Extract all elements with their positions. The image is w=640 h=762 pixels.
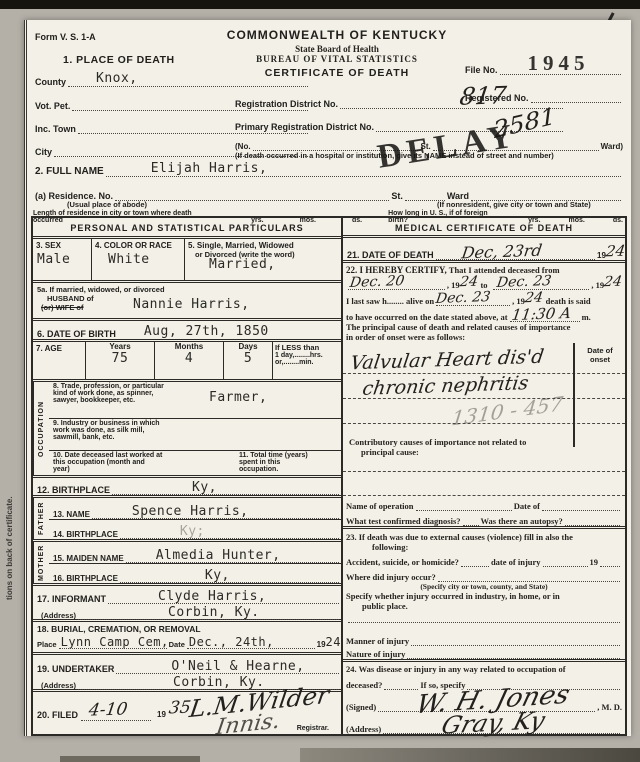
filed-block: 20. FILED 4-10 19 35 L.M.Wilder Registra… bbox=[33, 692, 341, 734]
informant-line: Clyde Harris, bbox=[108, 593, 339, 604]
deceased-label: deceased? bbox=[346, 680, 382, 690]
father-name-label: 13. NAME bbox=[49, 510, 90, 519]
dod-year-value: 24 bbox=[605, 241, 627, 260]
registrar-label: Registrar. bbox=[297, 725, 329, 732]
birthplace-line: Ky, bbox=[112, 484, 339, 495]
date-of-onset-box: Date of onset bbox=[573, 343, 625, 447]
scan-edge-top bbox=[0, 0, 640, 9]
lastsaw-pre-text: I last saw h........ alive on bbox=[346, 296, 434, 306]
age-less-label-1: If LESS than bbox=[275, 343, 339, 352]
county-label: County bbox=[35, 77, 66, 87]
father-name-row: 13. NAME Spence Harris, bbox=[49, 498, 341, 520]
attended-to-line: Dec. 23 bbox=[493, 279, 590, 290]
informant-value: Clyde Harris, bbox=[158, 589, 266, 604]
mother-birthplace-label: 16. BIRTHPLACE bbox=[49, 574, 118, 583]
accident-line bbox=[461, 556, 489, 567]
county-row: County Knox, bbox=[35, 76, 310, 87]
informant-block: 17. INFORMANT Clyde Harris, (Address) Co… bbox=[33, 586, 341, 622]
informant-label: 17. INFORMANT bbox=[33, 594, 106, 604]
mother-name-value: Almedia Hunter, bbox=[156, 548, 281, 563]
date-injury-line bbox=[543, 556, 588, 567]
occ9-label-1: 9. Industry or business in which bbox=[53, 420, 341, 427]
age-label-cell: 7. AGE bbox=[33, 342, 85, 379]
board-subtitle: State Board of Health bbox=[187, 44, 487, 54]
margin-note: tions on back of certificate. bbox=[5, 496, 14, 600]
occ10-label-3: year) bbox=[53, 466, 237, 473]
file-no-line: 1945 bbox=[500, 64, 621, 75]
onset-label-2: onset bbox=[575, 355, 625, 364]
mother-birthplace-line: Ky, bbox=[120, 572, 339, 583]
occ10-label-2: this occupation (month and bbox=[53, 459, 237, 466]
occurred-text: to have occurred on the date stated abov… bbox=[346, 312, 508, 322]
marital-value: Married, bbox=[209, 257, 276, 272]
certify-block: 22. I HEREBY CERTIFY, That I attended de… bbox=[343, 263, 625, 344]
death-certificate-paper: tions on back of certificate. Form V. S.… bbox=[24, 20, 631, 736]
nature-of-injury-row: Nature of injury bbox=[343, 646, 625, 662]
occ8-label-3: sawyer, bookkeeper, etc. bbox=[53, 397, 341, 404]
burial-year-prefix: 19 bbox=[317, 640, 326, 649]
occupation-industry-row: 9. Industry or business in which work wa… bbox=[49, 419, 341, 451]
age-months-value: 4 bbox=[155, 351, 223, 366]
specify-text-2: public place. bbox=[346, 601, 622, 611]
time-line: 11:30 A bbox=[510, 311, 580, 322]
occ8-label-2: kind of work done, as spinner, bbox=[53, 390, 341, 397]
commonwealth-title: COMMONWEALTH OF KENTUCKY bbox=[187, 28, 487, 42]
external-causes-block: 23. If death was due to external causes … bbox=[343, 529, 625, 629]
cause-value-2: chronic nephritis bbox=[361, 372, 530, 400]
dob-value: Aug, 27th, 1850 bbox=[144, 324, 269, 339]
spouse-row: 5a. If married, widowed, or divorced HUS… bbox=[33, 283, 341, 321]
form-number: Form V. S. 1-A bbox=[35, 32, 96, 42]
mother-vertical-label: MOTHER bbox=[33, 542, 49, 583]
informant-address-label: (Address) bbox=[33, 611, 76, 620]
father-name-value: Spence Harris, bbox=[132, 504, 249, 519]
undertaker-value: O'Neil & Hearne, bbox=[171, 659, 304, 674]
undertaker-label: 19. UNDERTAKER bbox=[33, 664, 114, 674]
occupation-block: OCCUPATION 8. Trade, profession, or part… bbox=[33, 382, 341, 478]
manner-label: Manner of injury bbox=[346, 636, 409, 646]
manner-of-injury-row: Manner of injury bbox=[343, 629, 625, 645]
scan-artifact-bottom-right bbox=[300, 748, 640, 762]
medical-column: MEDICAL CERTIFICATE OF DEATH 21. DATE OF… bbox=[343, 218, 625, 734]
sex-cell: 3. SEX Male bbox=[33, 239, 92, 280]
occ10-label-1: 10. Date deceased last worked at bbox=[53, 452, 237, 459]
county-line: Knox, bbox=[68, 76, 308, 87]
occupation-vertical-label: OCCUPATION bbox=[33, 382, 49, 475]
q24-text: 24. Was disease or injury in any way rel… bbox=[346, 664, 622, 674]
dob-label: 6. DATE OF BIRTH bbox=[33, 329, 116, 339]
occ8-value: Farmer, bbox=[209, 390, 267, 405]
autopsy-row: What test confirmed diagnosis? Was there… bbox=[343, 511, 625, 529]
father-name-line: Spence Harris, bbox=[92, 508, 339, 519]
age-less-cell: If LESS than 1 day,........hrs. or,.....… bbox=[272, 342, 341, 379]
occupation-trade-row: 8. Trade, profession, or particular kind… bbox=[49, 382, 341, 419]
operation-label: Name of operation bbox=[346, 501, 414, 511]
residence-sub-note: (Usual place of abode) bbox=[67, 200, 147, 209]
burial-label: 18. BURIAL, CREMATION, OR REMOVAL bbox=[33, 622, 341, 634]
undertaker-line: O'Neil & Hearne, bbox=[116, 663, 339, 674]
header-title-block: COMMONWEALTH OF KENTUCKY State Board of … bbox=[187, 28, 487, 79]
age-less-label-3: or,........min. bbox=[275, 359, 339, 366]
mother-birthplace-value: Ky, bbox=[205, 568, 230, 583]
test-label: What test confirmed diagnosis? bbox=[346, 516, 461, 526]
age-less-label-2: 1 day,........hrs. bbox=[275, 352, 339, 359]
mother-name-label: 15. MAIDEN NAME bbox=[49, 554, 124, 563]
nature-line bbox=[407, 648, 620, 659]
filed-date-value: 4-10 bbox=[87, 699, 128, 720]
from-year-value: 24 bbox=[458, 273, 478, 290]
accident-label: Accident, suicide, or homicide? bbox=[346, 557, 459, 567]
operation-date-line bbox=[542, 500, 620, 511]
color-race-label: 4. COLOR OR RACE bbox=[92, 239, 184, 250]
informant-address-line: Corbin, Ky. bbox=[78, 609, 339, 620]
specify-text-1: Specify whether injury occurred in indus… bbox=[346, 591, 622, 601]
to-year-value: 24 bbox=[603, 273, 623, 290]
spouse-value: Nannie Harris, bbox=[133, 297, 250, 312]
autopsy-line bbox=[565, 515, 620, 526]
lastsaw-year-value: 24 bbox=[524, 289, 544, 306]
operation-line bbox=[416, 500, 512, 511]
autopsy-label: Was there an autopsy? bbox=[481, 516, 563, 526]
age-years-value: 75 bbox=[86, 351, 154, 366]
attended-from-date: Dec. 20 bbox=[349, 273, 406, 291]
bureau-subtitle: BUREAU OF VITAL STATISTICS bbox=[187, 54, 487, 64]
signed-label: (Signed) bbox=[346, 702, 376, 712]
physician-address-value: Gray, Ky bbox=[439, 706, 549, 739]
occ11-label-1: 11. Total time (years) bbox=[239, 452, 339, 459]
where-sub-note: (Specify city or town, county, and State… bbox=[346, 582, 622, 591]
contributory-line-2 bbox=[343, 495, 625, 496]
primary-district-label: Primary Registration District No. bbox=[235, 122, 374, 132]
age-months-label: Months bbox=[155, 342, 223, 351]
occ11-cell: 11. Total time (years) spent in this occ… bbox=[237, 451, 341, 475]
nonresident-note: (If nonresident, give city or town and S… bbox=[437, 200, 591, 209]
occ9-label-2: work was done, as silk mill, bbox=[53, 427, 341, 434]
principal-cause-text-1: The principal cause of death and related… bbox=[346, 322, 622, 332]
specify-line bbox=[348, 612, 620, 623]
father-birthplace-label: 14. BIRTHPLACE bbox=[49, 530, 118, 539]
undertaker-address-value: Corbin, Ky. bbox=[173, 675, 265, 690]
occ10-cell: 10. Date deceased last worked at this oc… bbox=[49, 451, 237, 475]
birthplace-row: 12. BIRTHPLACE Ky, bbox=[33, 478, 341, 498]
fullname-line: Elijah Harris, bbox=[106, 166, 621, 177]
file-no-label: File No. bbox=[465, 65, 498, 75]
filed-year-prefix: 19 bbox=[157, 710, 166, 719]
principal-cause-text-2: in order of onset were as follows: bbox=[346, 332, 622, 342]
age-days-value: 5 bbox=[224, 351, 272, 366]
color-race-value: White bbox=[92, 250, 184, 267]
vot-pet-label: Vot. Pet. bbox=[35, 101, 70, 111]
age-years-cell: Years 75 bbox=[85, 342, 154, 379]
burial-place-value: Lynn Camp Cem, bbox=[61, 635, 169, 649]
sex-value: Male bbox=[33, 250, 91, 267]
age-label: 7. AGE bbox=[33, 342, 85, 353]
mother-name-row: 15. MAIDEN NAME Almedia Hunter, bbox=[49, 542, 341, 564]
burial-date-value: Dec., 24th, bbox=[189, 635, 274, 649]
contributory-text-2: principal cause: bbox=[361, 447, 419, 457]
birthplace-value: Ky, bbox=[192, 480, 217, 495]
marital-label-1: 5. Single, Married, Widowed bbox=[185, 239, 341, 250]
date-of-death-row: 21. DATE OF DEATH Dec, 23rd 19 24 bbox=[343, 238, 625, 262]
cause-of-death-block: Valvular Heart dis'd chronic nephritis 1… bbox=[343, 343, 625, 493]
mother-birthplace-row: 16. BIRTHPLACE Ky, bbox=[49, 564, 341, 583]
burial-date-label: Date bbox=[169, 640, 185, 649]
file-no-row: File No. 1945 bbox=[465, 64, 623, 75]
fullname-label: 2. FULL NAME bbox=[35, 166, 104, 177]
marital-cell: 5. Single, Married, Widowed or Divorced … bbox=[185, 239, 341, 280]
age-days-cell: Days 5 bbox=[223, 342, 272, 379]
sex-color-marital-row: 3. SEX Male 4. COLOR OR RACE White 5. Si… bbox=[33, 239, 341, 283]
where-line bbox=[438, 571, 620, 582]
address-label: (Address) bbox=[346, 724, 381, 734]
medical-title: MEDICAL CERTIFICATE OF DEATH bbox=[343, 218, 625, 238]
date-injury-label: date of injury bbox=[491, 557, 541, 567]
occ9-label-3: sawmill, bank, etc. bbox=[53, 434, 341, 441]
age-days-label: Days bbox=[224, 342, 272, 351]
dob-row: 6. DATE OF BIRTH Aug, 27th, 1850 bbox=[33, 321, 341, 342]
file-no-value: 1945 bbox=[528, 51, 590, 76]
scan-artifact-bottom-left bbox=[60, 756, 200, 762]
attended-to-date: Dec. 23 bbox=[495, 273, 552, 291]
lastsaw-line: Dec. 23 bbox=[436, 295, 510, 306]
where-label: Where did injury occur? bbox=[346, 572, 436, 582]
undertaker-address-label: (Address) bbox=[33, 681, 76, 690]
injury-year-line bbox=[600, 556, 620, 567]
date-of-death-value: Dec, 23rd bbox=[460, 240, 543, 262]
sex-label: 3. SEX bbox=[33, 239, 91, 250]
father-birthplace-value: Ky; bbox=[180, 524, 205, 539]
occupation-related-block: 24. Was disease or injury in any way rel… bbox=[343, 662, 625, 734]
registration-district-label: Registration District No. bbox=[235, 99, 338, 109]
no-label: (No. bbox=[235, 142, 251, 151]
fullname-row: 2. FULL NAME Elijah Harris, bbox=[35, 166, 623, 177]
occ8-label-1: 8. Trade, profession, or particular bbox=[53, 383, 341, 390]
ward-label: Ward) bbox=[601, 142, 623, 151]
attended-from-line: Dec. 20 bbox=[348, 279, 445, 290]
md-label: , M. D. bbox=[597, 702, 622, 712]
filed-label: 20. FILED bbox=[37, 710, 78, 720]
occ11-label-3: occupation. bbox=[239, 466, 339, 473]
contributory-text-1: Contributory causes of importance not re… bbox=[349, 437, 526, 447]
q23-text-1: 23. If death was due to external causes … bbox=[346, 532, 622, 542]
burial-place-line: Lynn Camp Cem, bbox=[59, 638, 167, 649]
burial-place-label: Place bbox=[33, 640, 57, 649]
personal-title: PERSONAL AND STATISTICAL PARTICULARS bbox=[33, 218, 341, 239]
injury-year-prefix: 19 bbox=[590, 557, 599, 567]
to-label: to bbox=[480, 280, 487, 290]
operation-date-label: Date of bbox=[514, 501, 540, 511]
manner-line bbox=[411, 635, 620, 646]
cause-value-1: Valvular Heart dis'd bbox=[349, 346, 545, 375]
age-row: 7. AGE Years 75 Months 4 Days 5 If LESS … bbox=[33, 342, 341, 382]
father-birthplace-line: Ky; bbox=[120, 528, 339, 539]
m-label: m. bbox=[582, 312, 591, 322]
birthplace-label: 12. BIRTHPLACE bbox=[33, 485, 110, 495]
registration-district-value: 817 bbox=[458, 81, 508, 111]
spouse-label-1: 5a. If married, widowed, or divorced bbox=[33, 283, 341, 294]
personal-column: PERSONAL AND STATISTICAL PARTICULARS 3. … bbox=[33, 218, 343, 734]
age-years-label: Years bbox=[86, 342, 154, 351]
date-of-death-label: 21. DATE OF DEATH bbox=[343, 250, 434, 260]
burial-date-line: Dec., 24th, bbox=[187, 638, 315, 649]
address-line: Gray, Ky bbox=[383, 723, 620, 734]
color-race-cell: 4. COLOR OR RACE White bbox=[92, 239, 185, 280]
mother-block: MOTHER 15. MAIDEN NAME Almedia Hunter, 1… bbox=[33, 542, 341, 586]
father-block: FATHER 13. NAME Spence Harris, 14. BIRTH… bbox=[33, 498, 341, 542]
father-vertical-label: FATHER bbox=[33, 498, 49, 539]
burial-year-value: 24 bbox=[326, 635, 341, 649]
residence-line bbox=[115, 190, 389, 201]
county-value: Knox, bbox=[96, 71, 138, 86]
informant-address-value: Corbin, Ky. bbox=[168, 605, 260, 620]
occ11-label-2: spent in this bbox=[239, 459, 339, 466]
place-of-death-title: 1. PLACE OF DEATH bbox=[63, 54, 175, 66]
city-label: City bbox=[35, 147, 52, 157]
deceased-line bbox=[384, 679, 418, 690]
onset-label-1: Date of bbox=[575, 346, 625, 355]
nature-label: Nature of injury bbox=[346, 649, 405, 659]
main-grid: PERSONAL AND STATISTICAL PARTICULARS 3. … bbox=[31, 216, 627, 736]
residence-st-label: St. bbox=[391, 191, 403, 201]
burial-block: 18. BURIAL, CREMATION, OR REMOVAL Place … bbox=[33, 622, 341, 655]
inc-town-label: Inc. Town bbox=[35, 124, 76, 134]
time-value: 11:30 A bbox=[510, 304, 572, 324]
registration-district-row: Registration District No. 817 bbox=[235, 98, 565, 109]
contributory-line-1 bbox=[343, 471, 625, 472]
mother-name-line: Almedia Hunter, bbox=[126, 552, 339, 563]
test-line bbox=[463, 515, 479, 526]
occupation-dates-row: 10. Date deceased last worked at this oc… bbox=[49, 451, 341, 475]
father-birthplace-row: 14. BIRTHPLACE Ky; bbox=[49, 520, 341, 539]
date-of-death-line: Dec, 23rd bbox=[436, 249, 595, 260]
lastsaw-date: Dec. 23 bbox=[435, 289, 492, 307]
q23-text-2: following: bbox=[346, 542, 622, 552]
fullname-value: Elijah Harris, bbox=[151, 161, 268, 176]
age-months-cell: Months 4 bbox=[154, 342, 223, 379]
